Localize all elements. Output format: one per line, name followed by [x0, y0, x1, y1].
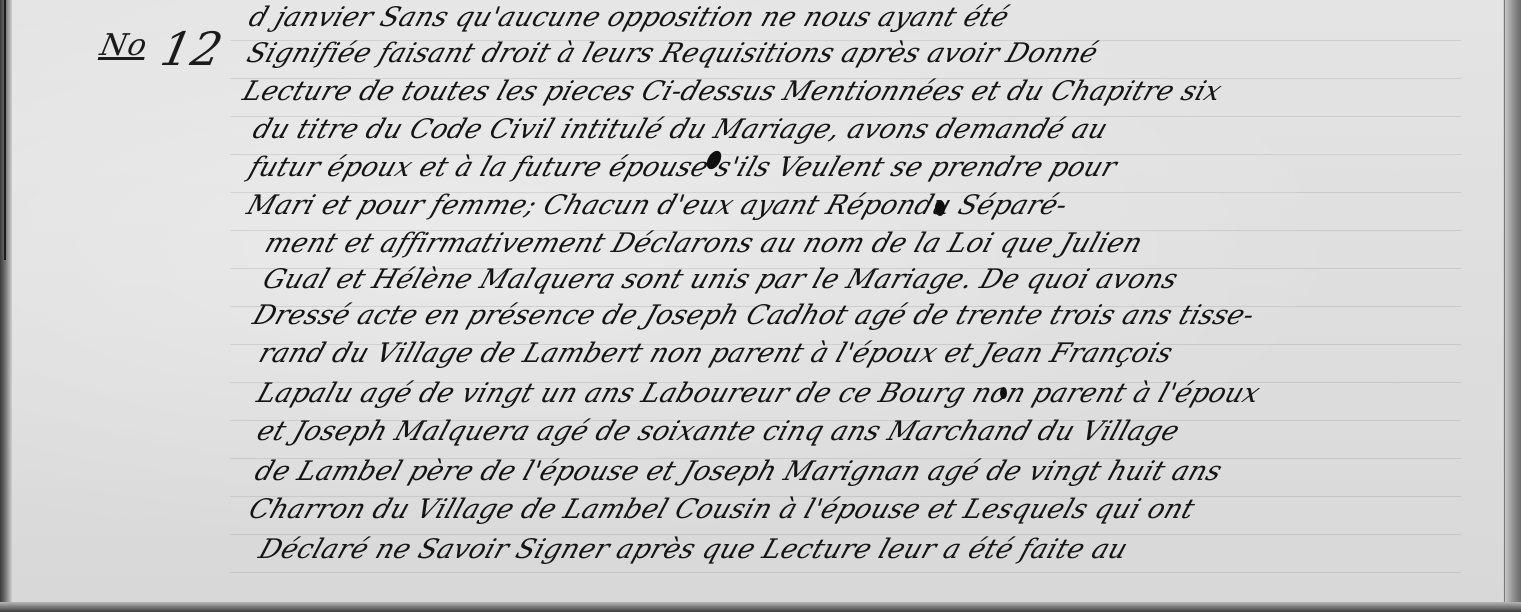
ink-blot — [935, 200, 945, 216]
text-line: du titre du Code Civil intitulé du Maria… — [249, 114, 1112, 145]
text-line: et Joseph Malquera agé de soixante cinq … — [253, 416, 1184, 447]
text-line: Déclaré ne Savoir Signer après que Lectu… — [255, 534, 1132, 565]
text-line: Gual et Hélène Malquera sont unis par le… — [259, 264, 1182, 295]
text-line: d janvier Sans qu'aucune opposition ne n… — [245, 2, 1013, 33]
text-line: ment et affirmativement Déclarons au nom… — [261, 228, 1147, 259]
right-margin-line — [1504, 0, 1505, 612]
act-number-label: No — [97, 28, 151, 63]
text-line: Charron du Village de Lambel Cousin à l'… — [245, 494, 1199, 525]
text-line: Mari et pour femme; Chacun d'eux ayant R… — [243, 190, 1072, 221]
text-line: Signifiée faisant droit à leurs Requisit… — [243, 38, 1102, 69]
ink-blot — [1000, 387, 1007, 399]
binding-line — [4, 0, 6, 260]
text-line: rand du Village de Lambert non parent à … — [255, 338, 1177, 369]
text-line: Dressé acte en présence de Joseph Cadhot… — [249, 300, 1259, 331]
page-binding-edge — [0, 0, 12, 612]
act-number: No 12 — [94, 22, 228, 76]
text-line: futur époux et à la future épouse s'ils … — [245, 152, 1121, 183]
text-line: Lapalu agé de vingt un ans Laboureur de … — [253, 378, 1264, 409]
text-line: de Lambel père de l'épouse et Joseph Mar… — [251, 456, 1226, 487]
text-line: Lecture de toutes les pieces Ci-dessus M… — [239, 76, 1226, 107]
bottom-page-edge — [0, 602, 1521, 612]
ruled-line — [230, 572, 1461, 573]
scanned-register-page: No 12 d janvier Sans qu'aucune oppositio… — [0, 0, 1521, 612]
act-number-value: 12 — [156, 22, 228, 76]
right-page-edge — [1503, 0, 1521, 612]
